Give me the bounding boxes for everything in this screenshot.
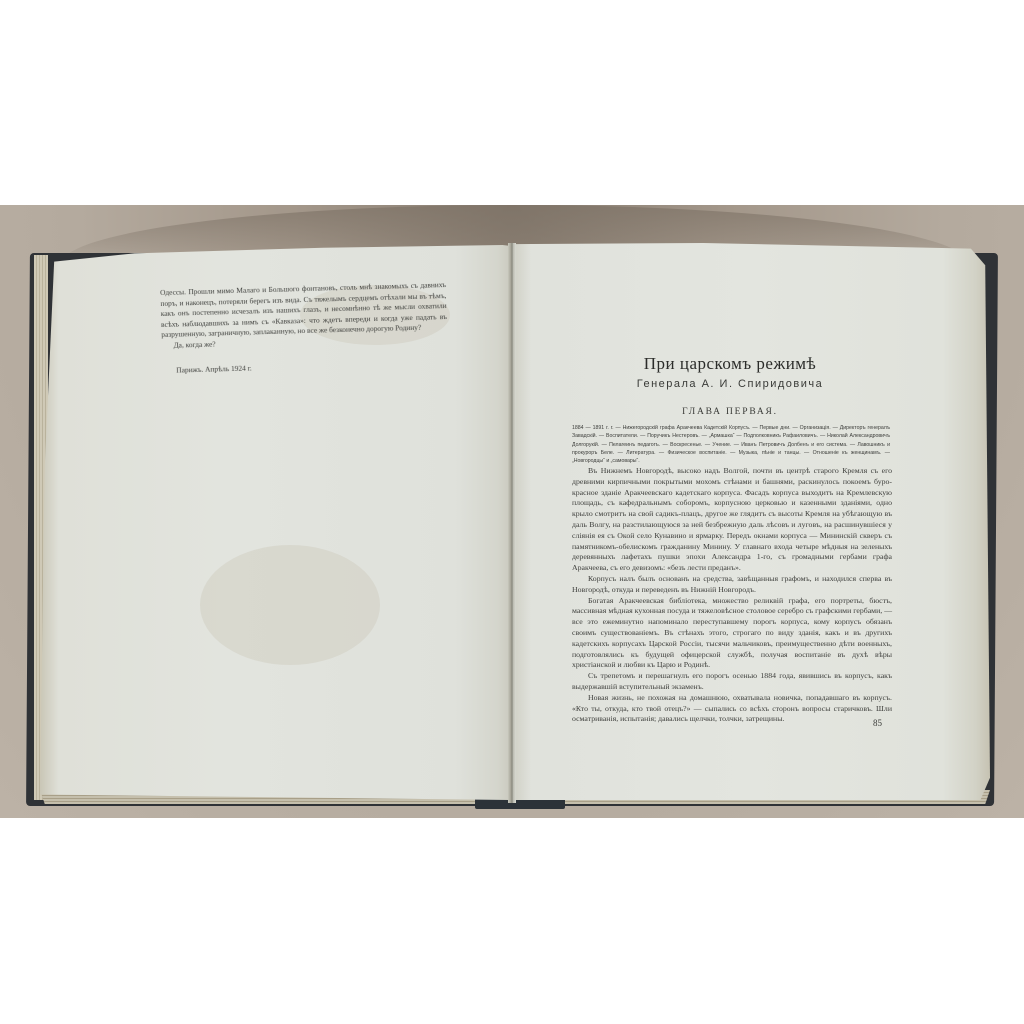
chapter-heading: ГЛАВА ПЕРВАЯ. [560,407,900,417]
body-paragraph: Корпусъ налъ былъ основанъ на средства, … [572,574,892,596]
body-paragraph: Въ Нижнемъ Новгородѣ, высоко надъ Волгой… [572,466,892,574]
page-stain [200,545,380,665]
chapter-summary: 1884 — 1891 г. г. — Нижегородскій графа … [572,424,890,465]
book-title: При царскомъ режимѣ [560,354,900,374]
book-gutter [508,243,516,803]
body-paragraph: Съ трепетомъ и перешагнулъ его порогъ ос… [572,671,892,693]
left-page-paragraph: Одессы. Прошли мимо Малаго и Большого фо… [160,280,447,341]
left-page-text: Одессы. Прошли мимо Малаго и Большого фо… [160,280,448,376]
right-page-body: Въ Нижнемъ Новгородѣ, высоко надъ Волгой… [572,466,892,725]
book-author: Генерала А. И. Спиридовича [560,378,900,390]
body-paragraph: Новая жизнь, не похожая на домашнюю, охв… [572,693,892,725]
page-number: 85 [873,718,882,728]
body-paragraph: Богатая Аракчеевская библіотека, множест… [572,596,892,672]
